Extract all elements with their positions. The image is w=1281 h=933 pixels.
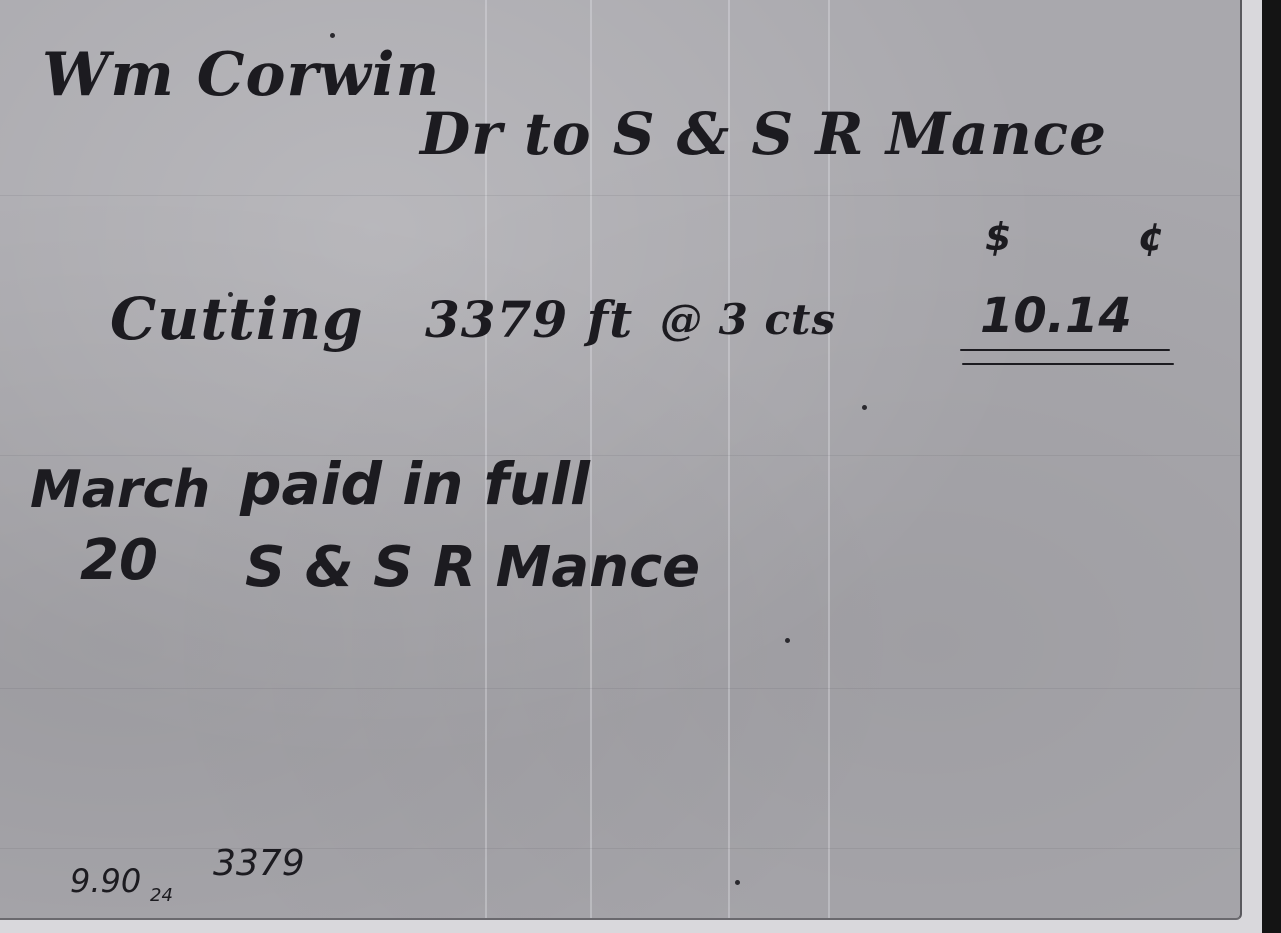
debtor-name: Wm Corwin: [42, 40, 440, 110]
receipt-day: 20: [80, 528, 158, 593]
receipt-paper: Wm Corwin Dr to S & S R Mance $ ¢ Cuttin…: [0, 0, 1242, 920]
ink-speck: [330, 33, 335, 38]
ink-speck: [862, 405, 867, 410]
line-item-description: Cutting: [110, 285, 364, 353]
scan-frame-edge: [1262, 0, 1281, 933]
ink-speck: [785, 638, 790, 643]
ruled-line: [0, 848, 1240, 849]
line-item-quantity: 3379 ft: [425, 290, 633, 349]
total-underline: [960, 349, 1170, 351]
margin-quantity-note: 3379: [213, 843, 305, 884]
ink-speck: [735, 880, 740, 885]
receipt-month: March: [30, 460, 210, 520]
dollars-column-symbol: $: [985, 215, 1011, 259]
line-item-amount: 10.14: [980, 288, 1132, 344]
creditor-line: Dr to S & S R Mance: [420, 100, 1107, 168]
margin-calculation: 9.90: [70, 862, 141, 900]
paid-in-full-text: paid in full: [240, 450, 590, 518]
ink-speck: [228, 292, 233, 297]
margin-calculation-extra: 24: [150, 885, 173, 906]
ruled-line: [0, 455, 1240, 456]
line-item-rate: @ 3 cts: [660, 295, 836, 344]
ruled-line: [0, 688, 1240, 689]
cents-column-symbol: ¢: [1138, 215, 1164, 259]
receipt-signature: S & S R Mance: [245, 535, 700, 600]
total-double-underline: [962, 363, 1174, 365]
ruled-line: [0, 195, 1240, 196]
